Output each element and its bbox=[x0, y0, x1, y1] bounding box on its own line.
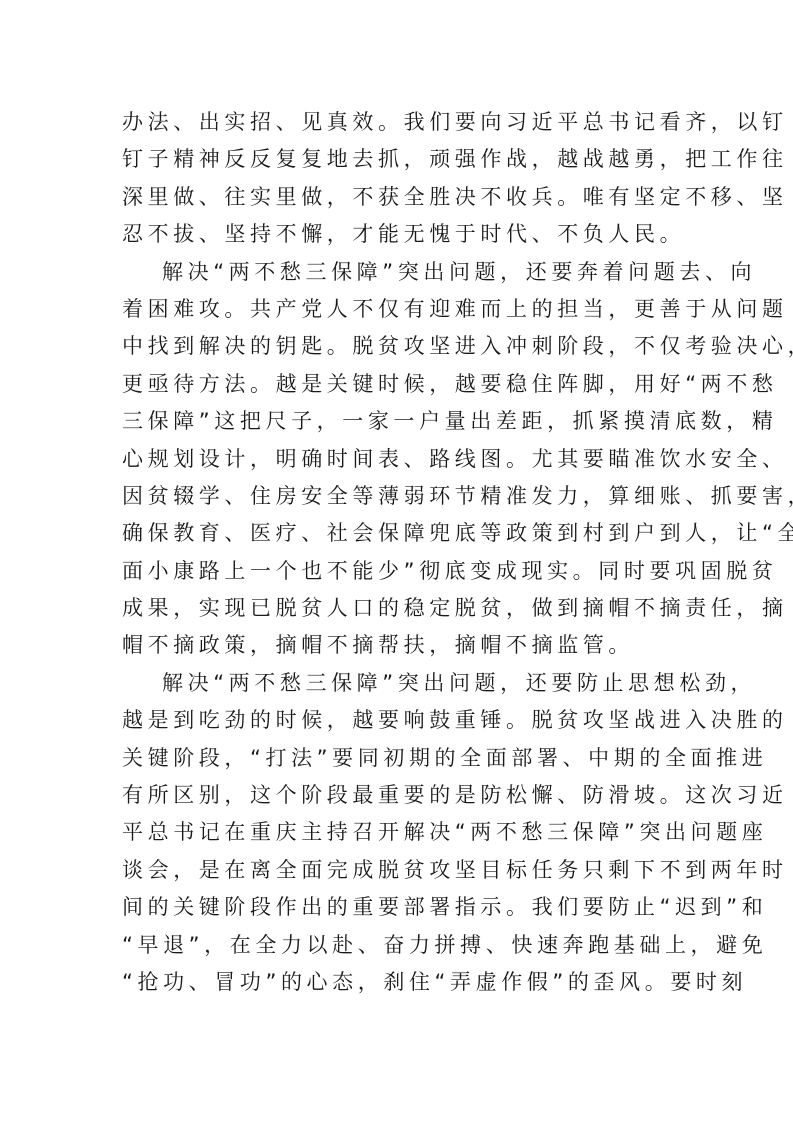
paragraph-2-line-6: 心规划设计，明确时间表、路线图。尤其要瞄准饮水安全、 bbox=[122, 441, 671, 478]
paragraph-3-line-7: 间的关键阶段作出的重要部署指示。我们要防止“迟到”和 bbox=[122, 889, 671, 926]
paragraph-3-line-2: 越是到吃劲的时候，越要响鼓重锤。脱贫攻坚战进入决胜的 bbox=[122, 702, 671, 739]
paragraph-1-line-4: 忍不拔、坚持不懈，才能无愧于时代、不负人民。 bbox=[122, 216, 671, 253]
paragraph-3-line-8: “早退”，在全力以赴、奋力拼搏、快速奔跑基础上，避免 bbox=[122, 927, 671, 964]
paragraph-2-line-5: 三保障”这把尺子，一家一户量出差距，抓紧摸清底数，精 bbox=[122, 403, 671, 440]
paragraph-3-line-5: 平总书记在重庆主持召开解决“两不愁三保障”突出问题座 bbox=[122, 814, 671, 851]
paragraph-2-line-7: 因贫辍学、住房安全等薄弱环节精准发力，算细账、抓要害， bbox=[122, 478, 671, 515]
document-body: 办法、出实招、见真效。我们要向习近平总书记看齐，以钉 钉子精神反反复复地去抓，顽… bbox=[122, 104, 682, 1001]
paragraph-2-line-1: 解决“两不愁三保障”突出问题，还要奔着问题去、向 bbox=[122, 254, 671, 291]
paragraph-2-line-10: 成果，实现已脱贫人口的稳定脱贫，做到摘帽不摘责任，摘 bbox=[122, 590, 671, 627]
paragraph-3-line-6: 谈会，是在离全面完成脱贫攻坚目标任务只剩下不到两年时 bbox=[122, 852, 671, 889]
paragraph-3-line-4: 有所区别，这个阶段最重要的是防松懈、防滑坡。这次习近 bbox=[122, 777, 671, 814]
paragraph-1-line-3: 深里做、往实里做，不获全胜决不收兵。唯有坚定不移、坚 bbox=[122, 179, 671, 216]
paragraph-2-line-8: 确保教育、医疗、社会保障兜底等政策到村到户到人，让“全 bbox=[122, 515, 671, 552]
paragraph-3-line-1: 解决“两不愁三保障”突出问题，还要防止思想松劲， bbox=[122, 665, 671, 702]
paragraph-2-line-11: 帽不摘政策，摘帽不摘帮扶，摘帽不摘监管。 bbox=[122, 627, 671, 664]
paragraph-3-line-3: 关键阶段，“打法”要同初期的全面部署、中期的全面推进 bbox=[122, 740, 671, 777]
paragraph-1-line-1: 办法、出实招、见真效。我们要向习近平总书记看齐，以钉 bbox=[122, 104, 671, 141]
document-page: 办法、出实招、见真效。我们要向习近平总书记看齐，以钉 钉子精神反反复复地去抓，顽… bbox=[0, 0, 793, 1122]
paragraph-3-line-9: “抢功、冒功”的心态，刹住“弄虚作假”的歪风。要时刻 bbox=[122, 964, 671, 1001]
paragraph-2-line-2: 着困难攻。共产党人不仅有迎难而上的担当，更善于从问题 bbox=[122, 291, 671, 328]
paragraph-2-line-3: 中找到解决的钥匙。脱贫攻坚进入冲刺阶段，不仅考验决心， bbox=[122, 328, 671, 365]
paragraph-2-line-4: 更亟待方法。越是关键时候，越要稳住阵脚，用好“两不愁 bbox=[122, 366, 671, 403]
paragraph-2-line-9: 面小康路上一个也不能少”彻底变成现实。同时要巩固脱贫 bbox=[122, 553, 671, 590]
paragraph-1-line-2: 钉子精神反反复复地去抓，顽强作战，越战越勇，把工作往 bbox=[122, 141, 671, 178]
